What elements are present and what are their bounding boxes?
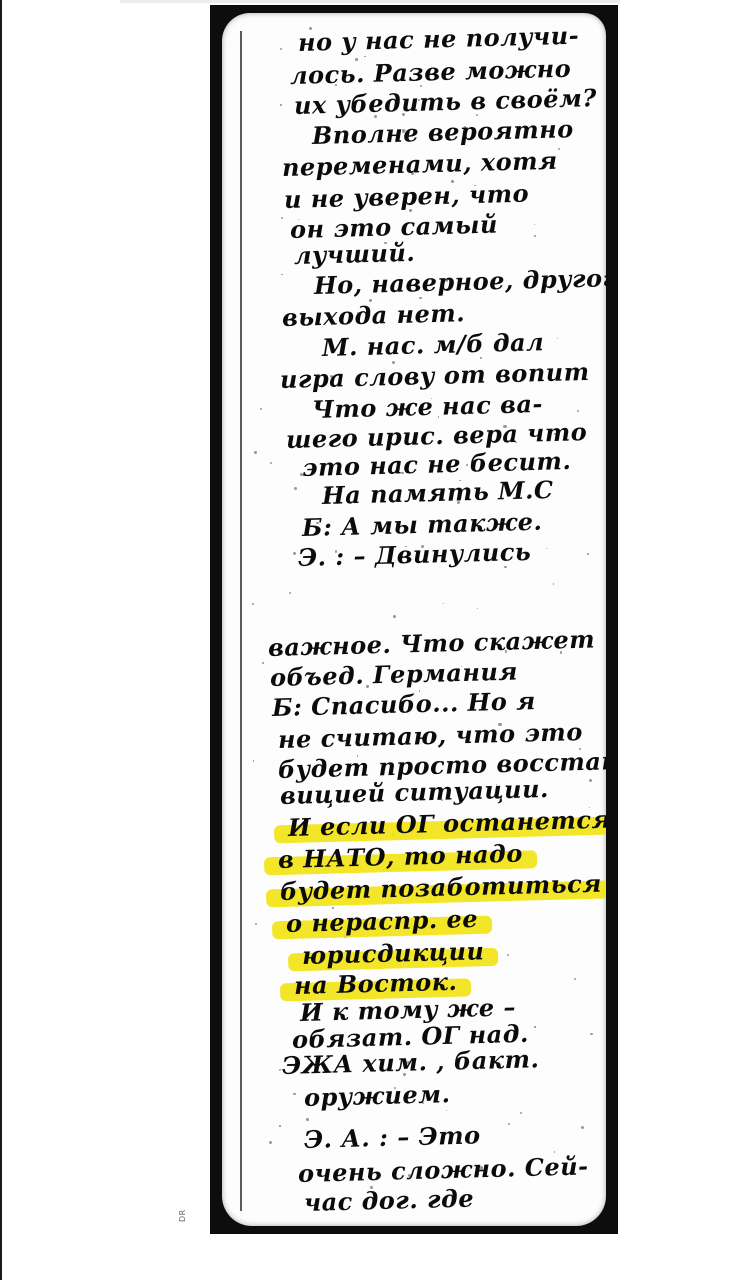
text-line: вицией ситуации. <box>280 774 550 810</box>
text-line: но у нас не получи- <box>298 21 580 57</box>
highlighted-text-line: в НАТО, то надо <box>278 839 524 874</box>
highlighted-text-line: юрисдикции <box>302 936 485 970</box>
text-line: час дог. где <box>304 1184 475 1217</box>
photo-credit: DR <box>178 1209 187 1222</box>
text-line: Вполне вероятно <box>312 114 574 150</box>
highlighted-text-line: о нераспр. ее <box>286 904 479 938</box>
text-line: игра слову от вопит <box>280 357 590 394</box>
handwritten-text: но у нас не получи-лось. Разве можноих у… <box>222 13 606 1226</box>
notebook-page: но у нас не получи-лось. Разве можноих у… <box>222 13 606 1226</box>
highlighted-text-line: И если ОГ останется <box>288 805 606 842</box>
text-line: Э. А. : – Это <box>304 1120 481 1154</box>
text-line: На память М.С <box>322 475 554 510</box>
text-line: лучший. <box>294 238 416 270</box>
text-line: ЭЖА хим. , бакт. <box>282 1044 540 1080</box>
highlighted-text-line: на Восток. <box>294 967 458 1000</box>
scanned-page-frame: но у нас не получи-лось. Разве можноих у… <box>210 5 618 1234</box>
text-line: Б: Спасибо... Но я <box>272 686 536 722</box>
text-line: оружием. <box>304 1079 451 1112</box>
text-line: очень сложно. Сей- <box>298 1151 589 1188</box>
text-line: М. нас. м/б дал <box>322 327 545 362</box>
text-line: важное. Что скажет <box>268 624 596 662</box>
image-left-border <box>0 0 2 1280</box>
text-line: Э. : – Двинулись <box>298 537 532 572</box>
highlighted-text-line: будет позаботиться <box>280 869 602 906</box>
text-line: выхода нет. <box>282 298 466 332</box>
text-line: переменами, хотя <box>282 146 558 182</box>
top-rule <box>120 0 620 3</box>
